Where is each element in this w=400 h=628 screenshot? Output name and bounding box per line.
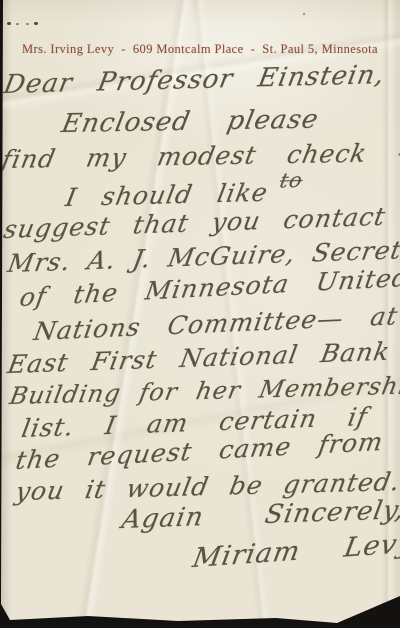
letterhead: Mrs. Irving Levy - 609 Montcalm Place - … bbox=[22, 42, 378, 57]
speck-mark bbox=[16, 23, 19, 25]
letterhead-dash: - bbox=[121, 42, 126, 57]
inserted-word: to bbox=[278, 168, 305, 193]
speck-mark bbox=[26, 23, 29, 25]
photo-background: Mrs. Irving Levy - 609 Montcalm Place - … bbox=[0, 0, 400, 628]
letterhead-dash: - bbox=[251, 42, 256, 57]
speck-mark bbox=[34, 22, 38, 25]
letterhead-address: 609 Montcalm Place bbox=[133, 42, 244, 57]
letterhead-city: St. Paul 5, Minnesota bbox=[262, 42, 378, 57]
letterhead-name: Mrs. Irving Levy bbox=[22, 42, 114, 57]
letter-paper: Mrs. Irving Levy - 609 Montcalm Place - … bbox=[0, 0, 400, 628]
speck-mark bbox=[303, 13, 305, 15]
letter-line: Enclosed please bbox=[59, 105, 321, 139]
speck-mark bbox=[7, 22, 11, 25]
